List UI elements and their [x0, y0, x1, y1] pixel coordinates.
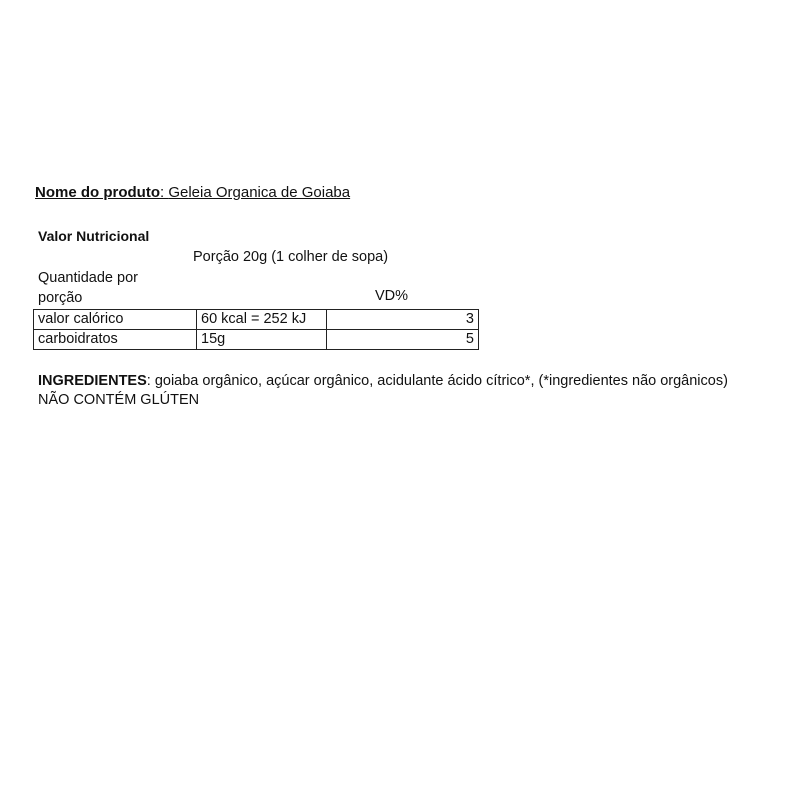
nutrient-name: carboidratos [34, 330, 197, 350]
nutrition-title: Valor Nutricional [38, 228, 149, 244]
ingredients-line: INGREDIENTES: goiaba orgânico, açúcar or… [38, 373, 728, 389]
product-name-value: Geleia Organica de Goiaba [168, 184, 350, 201]
ingredients-label: INGREDIENTES [38, 373, 147, 389]
nutrient-vd: 5 [327, 330, 479, 350]
nutrient-name: valor calórico [34, 310, 197, 330]
nutrient-amount: 15g [197, 330, 327, 350]
table-row: valor calórico 60 kcal = 252 kJ 3 [34, 310, 479, 330]
portion-size: Porção 20g (1 colher de sopa) [193, 249, 388, 265]
vd-percent-header: VD% [375, 288, 408, 304]
ingredients-separator: : [147, 373, 155, 389]
gluten-notice: NÃO CONTÉM GLÚTEN [38, 392, 199, 408]
quantity-per-portion-label: Quantidade por porção [38, 268, 178, 308]
product-name-label: Nome do produto [35, 184, 160, 201]
nutrition-table: valor calórico 60 kcal = 252 kJ 3 carboi… [33, 309, 479, 350]
table-row: carboidratos 15g 5 [34, 330, 479, 350]
ingredients-text: goiaba orgânico, açúcar orgânico, acidul… [155, 373, 728, 389]
nutrient-amount: 60 kcal = 252 kJ [197, 310, 327, 330]
product-name-line: Nome do produto: Geleia Organica de Goia… [35, 184, 350, 201]
nutrient-vd: 3 [327, 310, 479, 330]
